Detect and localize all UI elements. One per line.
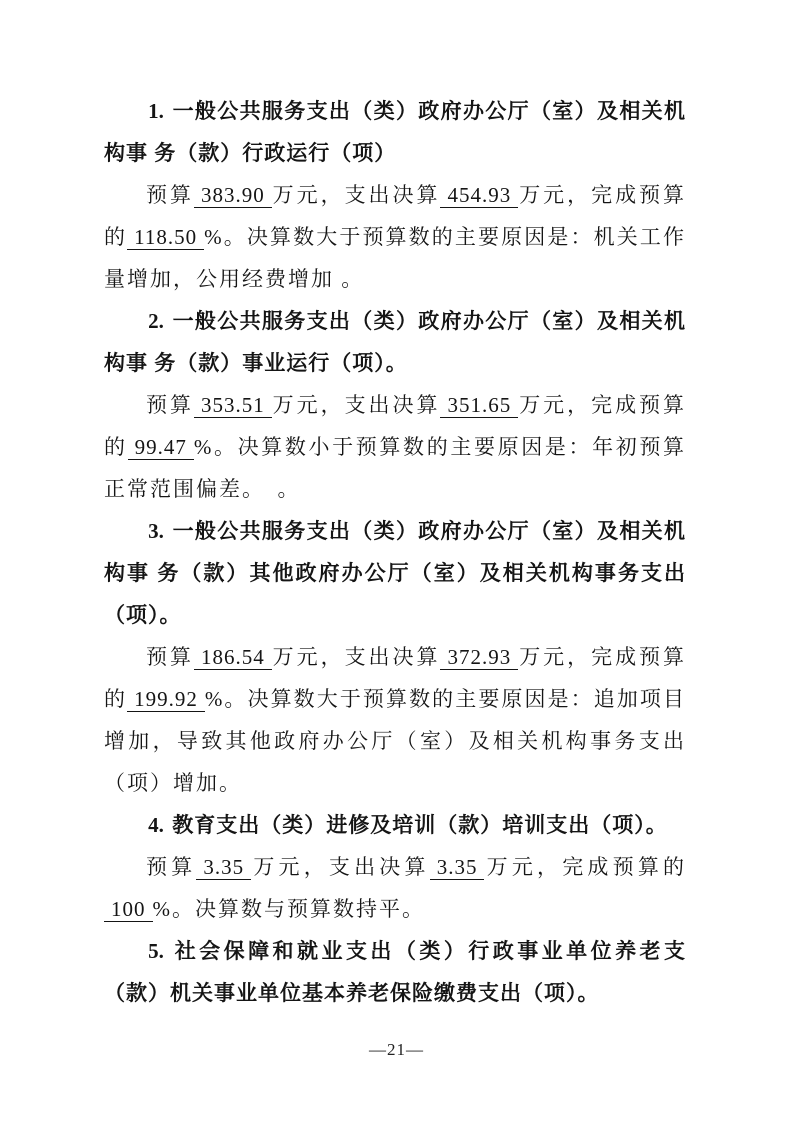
- section-5-heading: 5.社会保障和就业支出（类）行政事业单位养老支（款）机关事业单位基本养老保险缴费…: [104, 930, 686, 1014]
- section-1: 1.一般公共服务支出（类）政府办公厅（室）及相关机构事 务（款）行政运行（项） …: [104, 90, 686, 300]
- value-budget: 353.51: [194, 393, 272, 418]
- section-3-body: 预算186.54万元，支出决算372.93万元，完成预算的199.92%。决算数…: [104, 636, 686, 804]
- page-number: —21—: [0, 1038, 793, 1062]
- label-budget: 预算: [146, 645, 194, 669]
- section-1-number: 1.: [148, 99, 164, 123]
- section-2-body: 预算353.51万元，支出决算351.65万元，完成预算的99.47%。决算数小…: [104, 384, 686, 510]
- label-actual: 万元，支出决算: [251, 855, 430, 879]
- label-actual: 万元，支出决算: [272, 645, 441, 669]
- section-1-title: 一般公共服务支出（类）政府办公厅（室）及相关机构事 务（款）行政运行（项）: [104, 99, 686, 165]
- value-percent: 99.47: [128, 435, 194, 460]
- section-4: 4.教育支出（类）进修及培训（款）培训支出（项）。 预算3.35万元，支出决算3…: [104, 804, 686, 930]
- value-percent: 100: [104, 897, 153, 922]
- section-5: 5.社会保障和就业支出（类）行政事业单位养老支（款）机关事业单位基本养老保险缴费…: [104, 930, 686, 1014]
- value-budget: 383.90: [194, 183, 272, 208]
- label-percent: 万元，完成预算的: [484, 855, 686, 879]
- value-actual: 454.93: [440, 183, 518, 208]
- section-5-number: 5.: [148, 939, 164, 963]
- label-budget: 预算: [146, 393, 194, 417]
- section-2-heading: 2.一般公共服务支出（类）政府办公厅（室）及相关机构事 务（款）事业运行（项）。: [104, 300, 686, 384]
- section-2: 2.一般公共服务支出（类）政府办公厅（室）及相关机构事 务（款）事业运行（项）。…: [104, 300, 686, 510]
- label-budget: 预算: [146, 855, 196, 879]
- section-4-title: 教育支出（类）进修及培训（款）培训支出（项）。: [172, 813, 668, 837]
- section-3-heading: 3.一般公共服务支出（类）政府办公厅（室）及相关机构事 务（款）其他政府办公厅（…: [104, 510, 686, 636]
- label-actual: 万元，支出决算: [272, 393, 441, 417]
- section-1-heading: 1.一般公共服务支出（类）政府办公厅（室）及相关机构事 务（款）行政运行（项）: [104, 90, 686, 174]
- section-4-body: 预算3.35万元，支出决算3.35万元，完成预算的100%。决算数与预算数持平。: [104, 846, 686, 930]
- value-percent: 118.50: [127, 225, 204, 250]
- section-2-number: 2.: [148, 309, 164, 333]
- section-5-title: 社会保障和就业支出（类）行政事业单位养老支（款）机关事业单位基本养老保险缴费支出…: [104, 939, 686, 1005]
- section-3: 3.一般公共服务支出（类）政府办公厅（室）及相关机构事 务（款）其他政府办公厅（…: [104, 510, 686, 804]
- section-4-heading: 4.教育支出（类）进修及培训（款）培训支出（项）。: [104, 804, 686, 846]
- page-content: 1.一般公共服务支出（类）政府办公厅（室）及相关机构事 务（款）行政运行（项） …: [104, 90, 686, 1014]
- section-4-number: 4.: [148, 813, 164, 837]
- value-budget: 186.54: [194, 645, 272, 670]
- reason-text: %。决算数与预算数持平。: [153, 897, 426, 921]
- document-page: 1.一般公共服务支出（类）政府办公厅（室）及相关机构事 务（款）行政运行（项） …: [0, 0, 793, 1122]
- value-actual: 372.93: [440, 645, 518, 670]
- section-1-body: 预算383.90万元，支出决算454.93万元，完成预算的118.50%。决算数…: [104, 174, 686, 300]
- value-actual: 3.35: [430, 855, 485, 880]
- label-budget: 预算: [146, 183, 194, 207]
- value-budget: 3.35: [196, 855, 251, 880]
- section-3-title: 一般公共服务支出（类）政府办公厅（室）及相关机构事 务（款）其他政府办公厅（室）…: [104, 519, 686, 627]
- value-actual: 351.65: [440, 393, 518, 418]
- value-percent: 199.92: [127, 687, 205, 712]
- section-2-title: 一般公共服务支出（类）政府办公厅（室）及相关机构事 务（款）事业运行（项）。: [104, 309, 686, 375]
- label-actual: 万元，支出决算: [272, 183, 441, 207]
- section-3-number: 3.: [148, 519, 164, 543]
